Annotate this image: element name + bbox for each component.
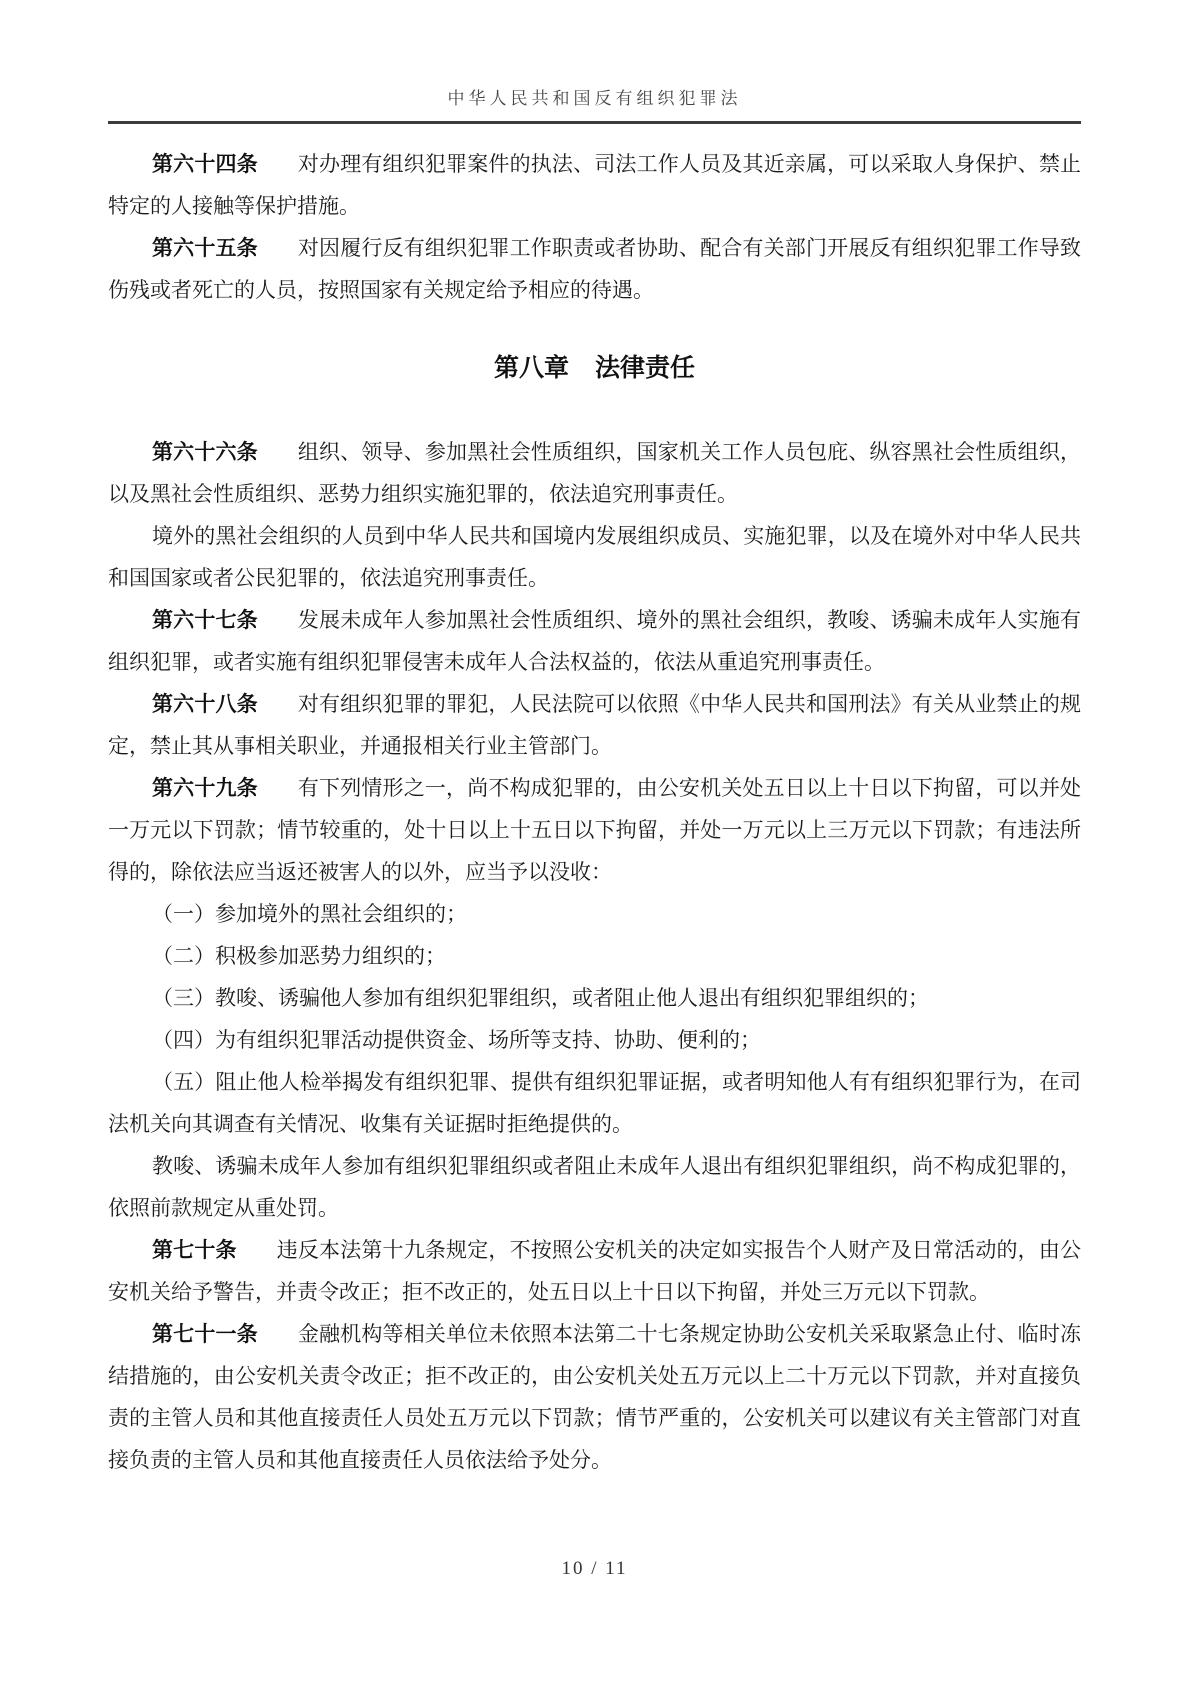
article-69-item-5: （五）阻止他人检举揭发有组织犯罪、提供有组织犯罪证据，或者明知他人有有组织犯罪行…	[108, 1061, 1081, 1145]
article-69-item-4: （四）为有组织犯罪活动提供资金、场所等支持、协助、便利的；	[108, 1019, 1081, 1061]
article-69-paragraph-2-text: 教唆、诱骗未成年人参加有组织犯罪组织或者阻止未成年人退出有组织犯罪组织，尚不构成…	[108, 1154, 1081, 1220]
article-69-item-3-text: （三）教唆、诱骗他人参加有组织犯罪组织，或者阻止他人退出有组织犯罪组织的；	[152, 986, 929, 1010]
article-66-paragraph-2: 境外的黑社会组织的人员到中华人民共和国境内发展组织成员、实施犯罪，以及在境外对中…	[108, 515, 1081, 599]
article-69-item-1-text: （一）参加境外的黑社会组织的；	[152, 902, 467, 926]
article-69-item-1: （一）参加境外的黑社会组织的；	[108, 893, 1081, 935]
article-69-item-4-text: （四）为有组织犯罪活动提供资金、场所等支持、协助、便利的；	[152, 1028, 761, 1052]
article-68-label: 第六十八条	[152, 692, 258, 716]
article-69-paragraph-2: 教唆、诱骗未成年人参加有组织犯罪组织或者阻止未成年人退出有组织犯罪组织，尚不构成…	[108, 1145, 1081, 1229]
article-69-paragraph: 第六十九条有下列情形之一，尚不构成犯罪的，由公安机关处五日以上十日以下拘留，可以…	[108, 767, 1081, 893]
header-rule-divider	[108, 121, 1081, 124]
article-70-paragraph: 第七十条违反本法第十九条规定，不按照公安机关的决定如实报告个人财产及日常活动的，…	[108, 1229, 1081, 1313]
article-67-paragraph: 第六十七条发展未成年人参加黑社会性质组织、境外的黑社会组织，教唆、诱骗未成年人实…	[108, 599, 1081, 683]
chapter-heading: 第八章法律责任	[108, 348, 1081, 390]
article-68-paragraph: 第六十八条对有组织犯罪的罪犯，人民法院可以依照《中华人民共和国刑法》有关从业禁止…	[108, 683, 1081, 767]
document-page: 中华人民共和国反有组织犯罪法 第六十四条对办理有组织犯罪案件的执法、司法工作人员…	[0, 0, 1190, 1684]
page-number: 10 / 11	[561, 1558, 627, 1579]
article-69-item-2: （二）积极参加恶势力组织的；	[108, 935, 1081, 977]
article-69-item-2-text: （二）积极参加恶势力组织的；	[152, 944, 446, 968]
page-header: 中华人民共和国反有组织犯罪法	[108, 0, 1081, 124]
article-64-label: 第六十四条	[152, 152, 258, 176]
article-65-paragraph: 第六十五条对因履行反有组织犯罪工作职责或者协助、配合有关部门开展反有组织犯罪工作…	[108, 227, 1081, 311]
page-content: 中华人民共和国反有组织犯罪法 第六十四条对办理有组织犯罪案件的执法、司法工作人员…	[108, 0, 1081, 1481]
article-69-item-5-text: （五）阻止他人检举揭发有组织犯罪、提供有组织犯罪证据，或者明知他人有有组织犯罪行…	[108, 1070, 1081, 1136]
article-67-label: 第六十七条	[152, 608, 258, 632]
article-70-text: 违反本法第十九条规定，不按照公安机关的决定如实报告个人财产及日常活动的，由公安机…	[108, 1238, 1081, 1304]
article-66-label: 第六十六条	[152, 440, 258, 464]
article-66-paragraph: 第六十六条组织、领导、参加黑社会性质组织，国家机关工作人员包庇、纵容黑社会性质组…	[108, 431, 1081, 515]
running-head-title: 中华人民共和国反有组织犯罪法	[108, 86, 1081, 112]
page-footer: 10 / 11	[108, 1558, 1081, 1580]
article-69-item-3: （三）教唆、诱骗他人参加有组织犯罪组织，或者阻止他人退出有组织犯罪组织的；	[108, 977, 1081, 1019]
article-65-label: 第六十五条	[152, 236, 258, 260]
article-69-label: 第六十九条	[152, 776, 258, 800]
article-64-paragraph: 第六十四条对办理有组织犯罪案件的执法、司法工作人员及其近亲属，可以采取人身保护、…	[108, 143, 1081, 227]
chapter-title: 法律责任	[595, 355, 695, 382]
article-66-paragraph-2-text: 境外的黑社会组织的人员到中华人民共和国境内发展组织成员、实施犯罪，以及在境外对中…	[108, 524, 1081, 590]
article-70-label: 第七十条	[152, 1238, 237, 1262]
article-71-label: 第七十一条	[152, 1322, 258, 1346]
document-body: 第六十四条对办理有组织犯罪案件的执法、司法工作人员及其近亲属，可以采取人身保护、…	[108, 143, 1081, 1481]
article-71-paragraph: 第七十一条金融机构等相关单位未依照本法第二十七条规定协助公安机关采取紧急止付、临…	[108, 1313, 1081, 1481]
chapter-number: 第八章	[494, 355, 569, 382]
